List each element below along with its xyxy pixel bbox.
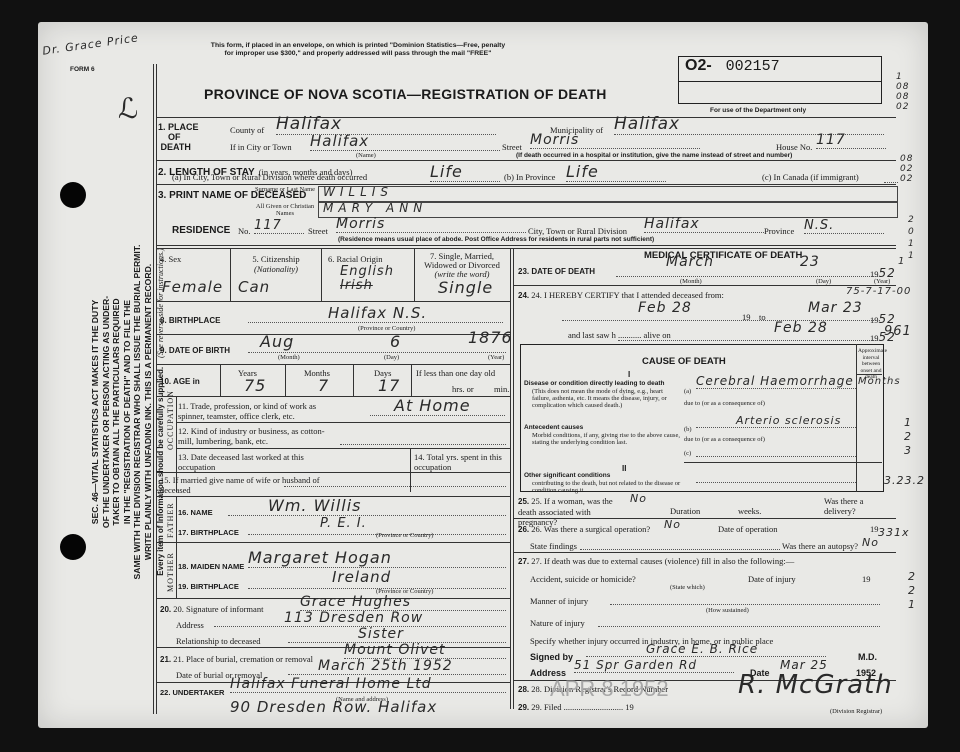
citizenship-field[interactable]: Can (238, 278, 270, 296)
spouse-field[interactable] (284, 486, 506, 487)
informant-signature-field[interactable]: Grace Hughes (300, 594, 506, 611)
margin-code-961: 961 (884, 324, 912, 339)
age-months-field[interactable]: 7 (318, 376, 329, 395)
residence-street-field[interactable]: Morris (336, 216, 526, 233)
stay-canada-field[interactable] (884, 172, 898, 183)
other-conditions-field[interactable] (696, 482, 856, 483)
father-name-field[interactable]: Wm. Willis (228, 496, 506, 516)
dob-month-field[interactable]: Aug (260, 332, 294, 351)
age-years-field[interactable]: 75 (244, 376, 266, 395)
last-saw-field[interactable]: Feb 28 (774, 320, 828, 336)
findings-field[interactable] (580, 549, 780, 550)
residence-city-field[interactable]: Halifax (644, 216, 764, 233)
death-month-field[interactable]: March (666, 254, 714, 270)
occupation-section-label: OCCUPATION (166, 390, 175, 450)
mother-section-label: MOTHER (166, 552, 175, 592)
attended-to-field[interactable]: Mar 23 (808, 300, 863, 316)
racial-origin-field[interactable]: English (340, 264, 394, 279)
registrar-signature: R. McGrath (738, 670, 893, 700)
birthplace-field[interactable]: Halifax N.S. (248, 304, 503, 323)
house-no-field[interactable]: 117 (816, 132, 886, 149)
margin-codes-cause: 1 2 3 (904, 416, 912, 458)
mother-birthplace-field[interactable]: Ireland (332, 568, 391, 586)
margin-codes-injury: 2 2 1 (908, 570, 916, 612)
death-day-field[interactable]: 23 (800, 254, 820, 270)
dob-year-field[interactable]: 1876 (468, 328, 513, 347)
autopsy-field[interactable]: No (862, 536, 879, 549)
sex-field[interactable]: Female (162, 278, 223, 296)
surname-boxes[interactable]: WILLIS (318, 186, 898, 202)
signed-by-field[interactable]: Grace E. B. Rice (586, 642, 826, 657)
cause-a-field[interactable]: Cerebral Haemorrhage (696, 374, 856, 389)
page-title: PROVINCE OF NOVA SCOTIA—REGISTRATION OF … (204, 86, 607, 102)
trade-field[interactable]: At Home (370, 396, 505, 416)
residence-no-field[interactable]: 117 (254, 218, 304, 234)
form-number: FORM 6 (70, 66, 95, 73)
attended-annotation: 75-7-17-00 (846, 286, 911, 297)
mail-notice: This form, if placed in an envelope, on … (208, 42, 508, 58)
place-of-death-label: 1. PLACE OF DEATH (158, 122, 213, 152)
marital-status-field[interactable]: Single (438, 278, 493, 297)
attended-from-field[interactable]: Feb 28 (638, 300, 692, 316)
stay-city-field[interactable]: Life (430, 162, 500, 182)
punch-hole (60, 182, 86, 208)
age-days-field[interactable]: 17 (378, 376, 400, 395)
informant-address-field[interactable]: 113 Dresden Row (214, 610, 506, 627)
punch-hole (60, 534, 86, 560)
informant-relationship-field[interactable]: Sister (288, 626, 506, 643)
filed-stamp: APR 8 1952 (550, 676, 669, 702)
manner-of-injury-field[interactable] (610, 604, 880, 605)
death-registration-form: Dr. Grace Price FORM 6 ℒ SEC. 46—VITAL S… (38, 22, 928, 728)
surgery-field[interactable]: No (664, 518, 681, 531)
burial-date-field[interactable]: March 25th 1952 (288, 658, 506, 675)
record-number-box: O2- 002157 (678, 56, 882, 104)
mother-maiden-name-field[interactable]: Margaret Hogan (248, 548, 506, 568)
pregnancy-field[interactable]: No (630, 492, 647, 505)
residence-province-field[interactable]: N.S. (804, 218, 884, 234)
interval-a-field[interactable]: Months (858, 376, 901, 387)
stay-province-field[interactable]: Life (566, 162, 666, 182)
dob-day-field[interactable]: 6 (390, 332, 401, 351)
margin-codes-top: 1 08 08 02 (896, 72, 914, 112)
record-number: 002157 (726, 58, 780, 75)
racial-origin-struck: Irish (340, 278, 373, 293)
industry-field[interactable] (340, 438, 506, 445)
cause-c-field[interactable] (696, 456, 856, 457)
doctor-address-field[interactable]: 51 Spr Garden Rd (574, 658, 734, 673)
nature-of-injury-field[interactable] (598, 626, 880, 627)
burial-place-field[interactable]: Mount Olivet (344, 642, 506, 659)
undertaker-field[interactable]: Halifax Funeral Home Ltd (230, 676, 506, 693)
father-section-label: FATHER (166, 502, 175, 538)
margin-codes-residence: 2 0 1 1 (908, 214, 915, 262)
city-field[interactable]: Halifax (310, 132, 500, 151)
cause-b-field[interactable]: Arterio sclerosis (696, 414, 856, 428)
father-birthplace-field[interactable]: P. E. I. (320, 516, 367, 531)
undertaker-address[interactable]: 90 Dresden Row. Halifax (230, 698, 437, 716)
margin-codes-stay: 08 02 02 (900, 154, 913, 184)
street-field[interactable]: Morris (530, 132, 700, 149)
physician-note: Dr. Grace Price (42, 31, 140, 57)
dept-note: For use of the Department only (710, 107, 806, 114)
